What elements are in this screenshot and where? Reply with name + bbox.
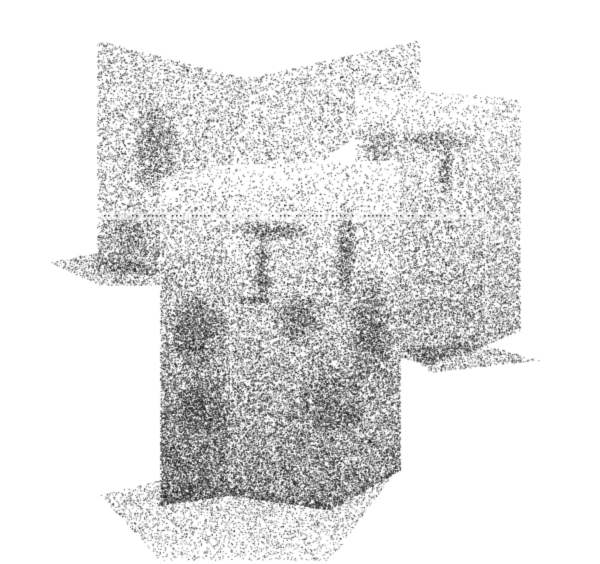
- point-cloud-render: [0, 0, 600, 564]
